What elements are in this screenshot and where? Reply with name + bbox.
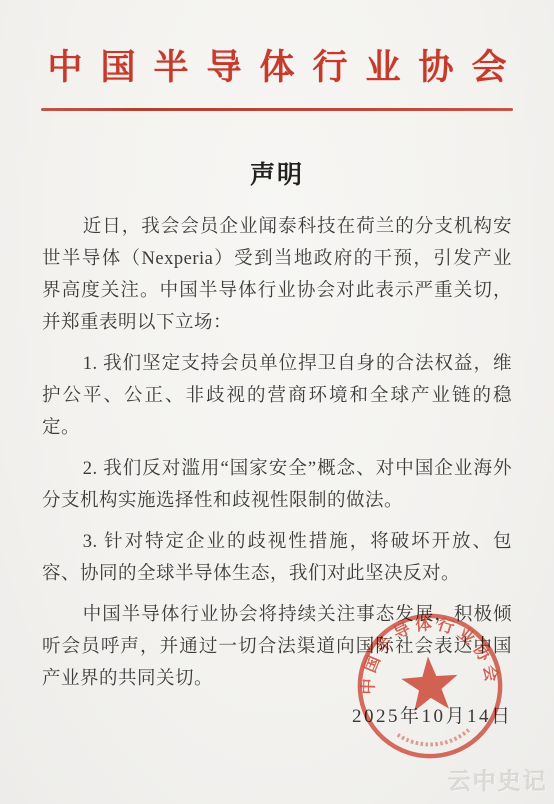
paragraph-point-1: 1. 我们坚定支持会员单位捍卫自身的合法权益，维护公平、公正、非歧视的营商环境和…: [42, 348, 512, 444]
seal-star-icon: [400, 654, 460, 711]
signature-area: 2025年10月14日 中国半导体行业协会: [0, 595, 554, 770]
statement-document-page: 中国半导体行业协会 声明 近日，我会会员企业闻泰科技在荷兰的分支机构安世半导体（…: [0, 0, 554, 804]
official-seal-stamp-icon: 中国半导体行业协会: [346, 602, 515, 771]
seal-micro-marks: [398, 730, 470, 747]
document-title: 声明: [0, 155, 554, 191]
watermark-text: 云中史记: [448, 763, 548, 796]
letterhead: 中国半导体行业协会: [0, 0, 554, 111]
paragraph-point-2: 2. 我们反对滥用“国家安全”概念、对中国企业海外分支机构实施选择性和歧视性限制…: [42, 453, 512, 517]
letterhead-divider: [41, 108, 513, 111]
document-main: 声明 近日，我会会员企业闻泰科技在荷兰的分支机构安世半导体（Nexperia）受…: [0, 155, 554, 695]
paragraph-point-3: 3. 针对特定企业的歧视性措施，将破坏开放、包容、协同的全球半导体生态，我们对此…: [42, 526, 512, 590]
org-name-heading: 中国半导体行业协会: [0, 40, 554, 90]
paragraph-intro: 近日，我会会员企业闻泰科技在荷兰的分支机构安世半导体（Nexperia）受到当地…: [42, 211, 512, 339]
